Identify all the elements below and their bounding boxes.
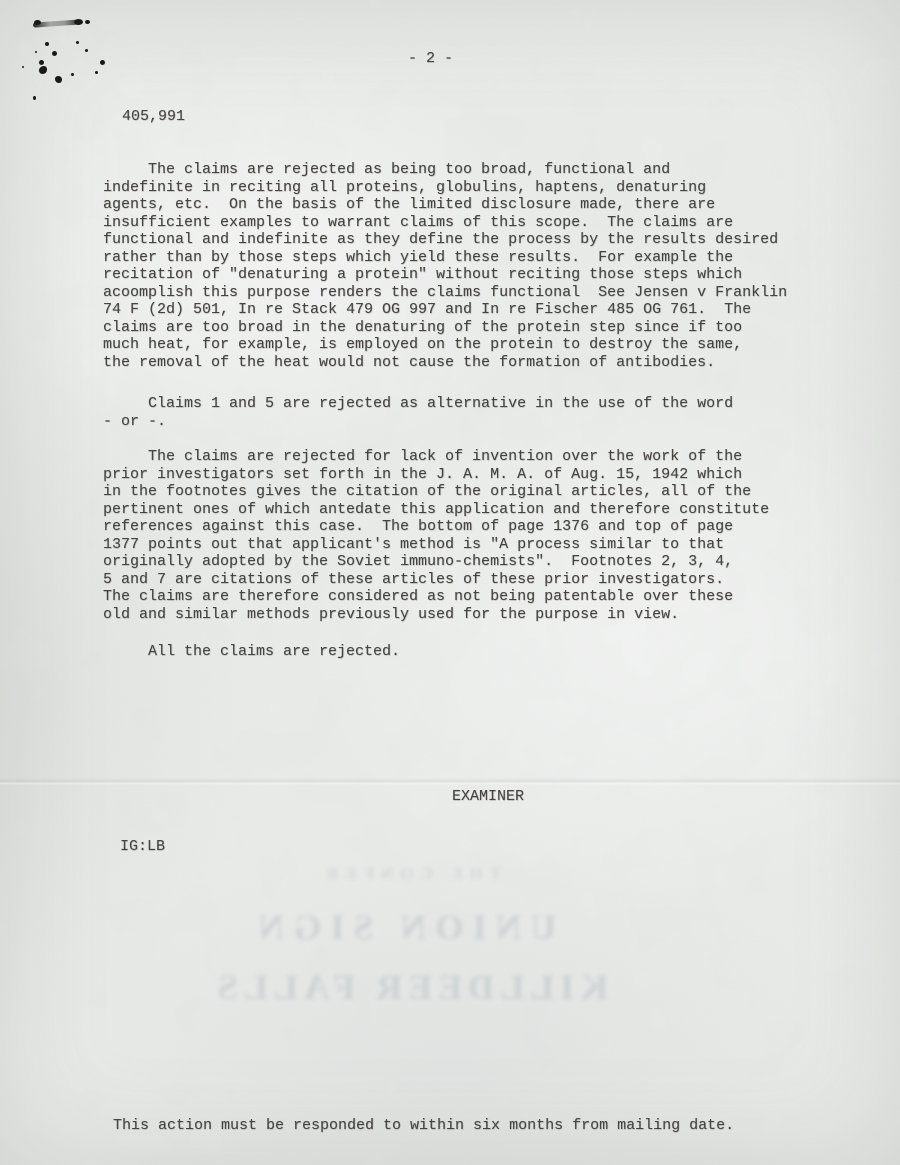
paragraph-rejection-alternative-claims: Claims 1 and 5 are rejected as alternati…	[103, 395, 733, 430]
bleed-through-text-line2: UNION SIGN	[228, 906, 578, 948]
ink-splatter-mark	[0, 0, 130, 115]
ink-smear	[33, 19, 82, 27]
serial-number: 405,991	[122, 108, 185, 126]
bleed-through-text-line1: THE CONFER	[295, 864, 525, 884]
paragraph-rejection-broad-functional: The claims are rejected as being too bro…	[103, 161, 787, 371]
page-number: - 2 -	[408, 50, 453, 68]
bleed-through-text-line3: KILLDEER FALLS	[195, 966, 625, 1008]
response-deadline-note: This action must be responded to within …	[113, 1117, 734, 1135]
paper-crease	[0, 778, 900, 785]
paragraph-rejection-lack-of-invention: The claims are rejected for lack of inve…	[103, 448, 769, 623]
typist-initials: IG:LB	[120, 838, 165, 856]
document-page: THE CONFER UNION SIGN KILLDEER FALLS - 2…	[0, 0, 900, 1165]
examiner-signature-label: EXAMINER	[452, 788, 524, 806]
paragraph-all-claims-rejected: All the claims are rejected.	[103, 643, 400, 661]
